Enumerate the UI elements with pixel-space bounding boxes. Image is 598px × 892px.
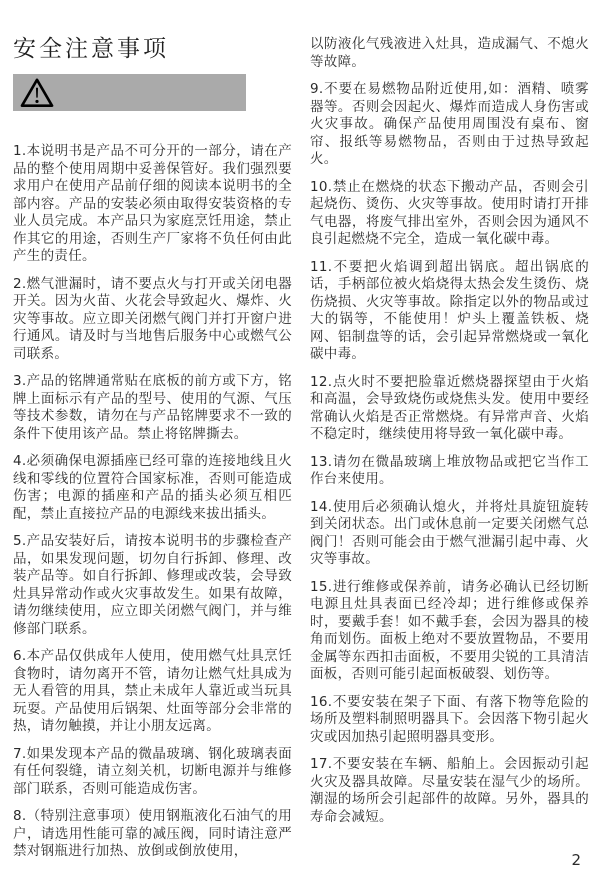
safety-paragraph-3: 3.产品的铭牌通常贴在底板的前方或下方，铭牌上面标示有产品的型号、使用的气源、气… [13, 373, 292, 443]
safety-paragraph-4: 4.必须确保电源插座已经可靠的连接地线且火线和零线的位置符合国家标准，否则可能造… [13, 453, 292, 523]
safety-paragraph-1: 1.本说明书是产品不可分开的一部分，请在产品的整个使用周期中妥善保管好。我们强烈… [13, 143, 292, 266]
safety-paragraph-14: 14.使用后必须确认熄火，并将灶具旋钮旋转到关闭状态。出门或休息前一定要关闭燃气… [310, 499, 589, 569]
safety-paragraph-9: 9.不要在易燃物品附近使用,如：酒精、喷雾器等。否则会因起火、爆炸而造成人身伤害… [310, 81, 589, 169]
safety-paragraph-8: 8.（特别注意事项）使用钢瓶液化石油气的用户，请选用性能可靠的减压阀，同时请注意… [13, 808, 292, 861]
safety-paragraph-13: 13.请勿在微晶玻璃上堆放物品或把它当作工作台来使用。 [310, 454, 589, 489]
page-title: 安全注意事项 [13, 30, 169, 63]
safety-paragraph-2: 2.燃气泄漏时，请不要点火与打开或关闭电器开关。因为火苗、火花会导致起火、爆炸、… [13, 276, 292, 364]
warning-banner [13, 74, 246, 111]
safety-paragraph-15: 15.进行维修或保养前，请务必确认已经切断电源且灶具表面已经冷却；进行维修或保养… [310, 579, 589, 684]
page-number: 2 [571, 851, 581, 869]
safety-paragraph-7: 7.如果发现本产品的微晶玻璃、钢化玻璃表面有任何裂缝，请立刻关机，切断电源并与维… [13, 746, 292, 799]
safety-paragraph-5: 5.产品安装好后，请按本说明书的步骤检查产品，如果发现问题，切勿自行拆卸、修理、… [13, 533, 292, 638]
safety-paragraph-17: 17.不要安装在车辆、船舶上。会因振动引起火灾及器具故障。尽量安装在湿气少的场所… [310, 756, 589, 826]
safety-paragraph-8-continued: 以防液化气残液进入灶具，造成漏气、不熄火等故障。 [310, 36, 589, 71]
warning-triangle-icon [20, 77, 54, 108]
safety-paragraph-12: 12.点火时不要把脸靠近燃烧器探望由于火焰和高温，会导致烧伤或烧焦头发。使用中要… [310, 374, 589, 444]
manual-page: 安全注意事项 1.本说明书是产品不可分开的一部分，请在产品的整个使用周期中妥善保… [0, 0, 598, 892]
left-text-column: 1.本说明书是产品不可分开的一部分，请在产品的整个使用周期中妥善保管好。我们强烈… [13, 143, 292, 871]
safety-paragraph-16: 16.不要安装在架子下面、有落下物等危险的场所及塑料制照明器具下。会因落下物引起… [310, 694, 589, 747]
right-text-column: 以防液化气残液进入灶具，造成漏气、不熄火等故障。 9.不要在易燃物品附近使用,如… [310, 36, 589, 836]
safety-paragraph-6: 6.本产品仅供成年人使用，使用燃气灶具烹饪食物时，请勿离开不管，请勿让燃气灶具成… [13, 648, 292, 736]
safety-paragraph-11: 11.不要把火焰调到超出锅底。超出锅底的话，手柄部位被火焰烧得太热会发生烫伤、烧… [310, 259, 589, 364]
safety-paragraph-10: 10.禁止在燃烧的状态下搬动产品，否则会引起烧伤、烫伤、火灾等事故。使用时请打开… [310, 179, 589, 249]
